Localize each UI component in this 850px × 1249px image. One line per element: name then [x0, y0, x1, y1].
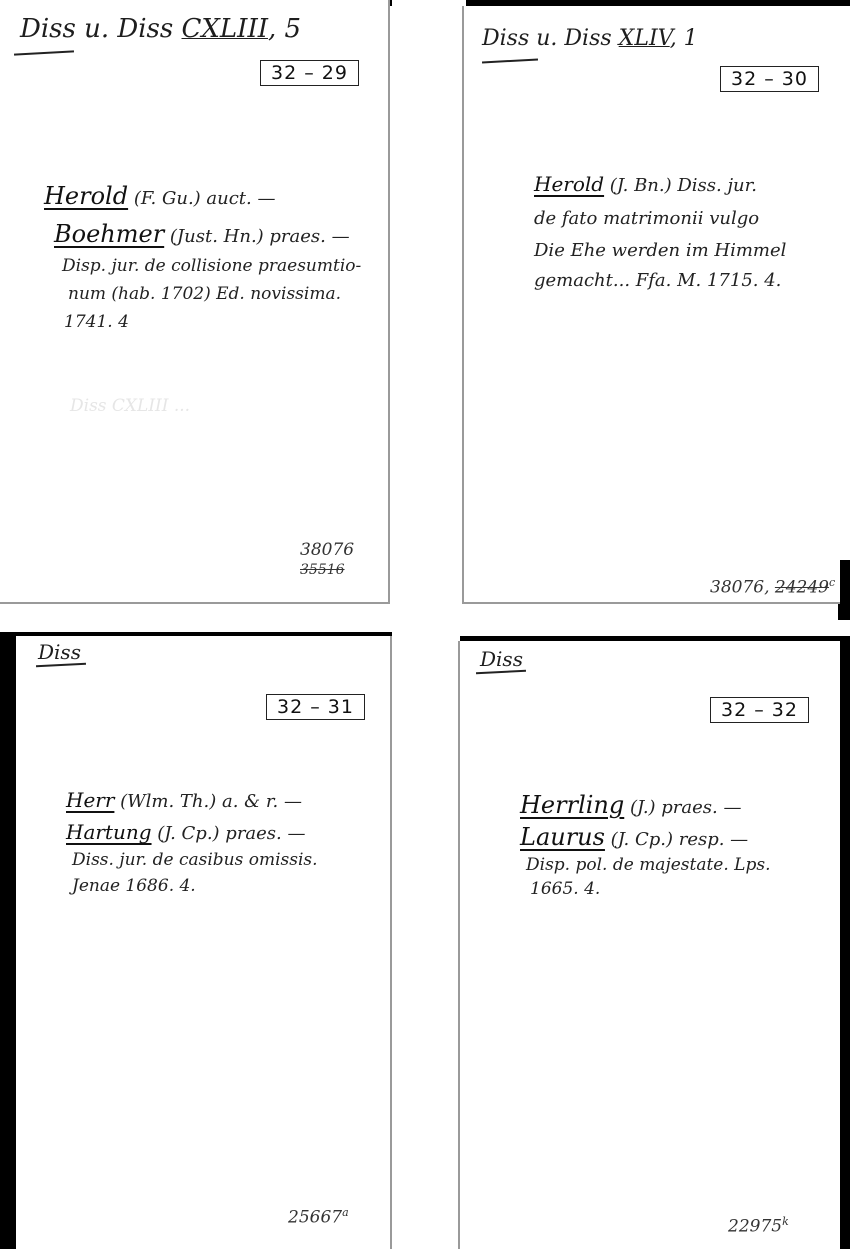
entry-line: Disp. jur. de collisione praesumtio-	[62, 256, 361, 276]
accession-number-old: 35516	[300, 562, 345, 578]
entry-text: (Just. Hn.) praes. —	[164, 226, 349, 247]
entry-line: Boehmer (Just. Hn.) praes. —	[54, 220, 350, 248]
shelfmark-box: 32 – 30	[720, 66, 819, 92]
author-name: Hartung	[66, 820, 152, 844]
catalog-card-2: Diss u. Diss XLIV, 1 32 – 30 Herold (J. …	[462, 6, 840, 604]
header-roman-numeral: CXLIII	[182, 14, 268, 44]
scan-border	[840, 640, 850, 1249]
author-name: Herold	[44, 182, 128, 210]
accession-suffix: a	[342, 1206, 349, 1219]
faint-pencil-note: Diss CXLIII ...	[70, 396, 190, 416]
card-header: Diss u. Diss CXLIII, 5	[20, 14, 301, 44]
entry-line: de fato matrimonii vulgo	[534, 208, 759, 229]
entry-line: Diss. jur. de casibus omissis.	[72, 850, 318, 870]
shelfmark-box: 32 – 31	[266, 694, 365, 720]
entry-line: 1741. 4	[64, 312, 129, 332]
entry-text: (F. Gu.) auct. —	[128, 188, 275, 209]
accession-line: 38076, 24249c	[710, 576, 835, 598]
header-prefix: Diss u. Diss	[20, 14, 173, 44]
entry-line: Herold (J. Bn.) Diss. jur.	[534, 172, 757, 196]
entry-text: gemacht... Ffa. M. 1715. 4.	[534, 270, 781, 291]
entry-line: 1665. 4.	[530, 879, 600, 899]
accession-number: 38076,	[710, 578, 769, 598]
card-header: Diss	[38, 640, 81, 664]
header-underline	[482, 59, 538, 64]
entry-text: 1741. 4	[64, 312, 129, 332]
header-suffix: , 1	[670, 26, 698, 51]
entry-line: gemacht... Ffa. M. 1715. 4.	[534, 270, 781, 291]
accession-suffix: k	[782, 1215, 789, 1228]
card-header: Diss	[480, 647, 523, 671]
catalog-card-4: Diss 32 – 32 Herrling (J.) praes. — Laur…	[458, 641, 840, 1249]
entry-line: Jenae 1686. 4.	[72, 876, 196, 896]
card-edge	[390, 636, 392, 1249]
entry-line: Herold (F. Gu.) auct. —	[44, 182, 276, 210]
entry-text: (J.) praes. —	[624, 797, 741, 818]
entry-text: Disp. jur. de collisione praesumtio-	[62, 256, 361, 276]
shelfmark-box: 32 – 29	[260, 60, 359, 86]
card-edge	[458, 641, 460, 1249]
scan-border	[0, 636, 16, 1249]
header-prefix: Diss u. Diss	[482, 26, 612, 51]
entry-text: de fato matrimonii vulgo	[534, 208, 759, 229]
accession-number: 38076	[300, 540, 354, 560]
entry-text: (J. Cp.) resp. —	[605, 829, 748, 850]
entry-line: Herrling (J.) praes. —	[520, 791, 741, 819]
catalog-card-3: Diss 32 – 31 Herr (Wlm. Th.) a. & r. — H…	[16, 636, 392, 1249]
entry-text: Die Ehe werden im Himmel	[534, 240, 786, 261]
card-header: Diss u. Diss XLIV, 1	[482, 26, 698, 51]
entry-line: num (hab. 1702) Ed. novissima.	[68, 284, 341, 304]
accession-suffix: c	[829, 576, 835, 589]
author-name: Herold	[534, 172, 604, 196]
author-name: Herr	[66, 788, 114, 812]
entry-text: Disp. pol. de majestate. Lps.	[526, 855, 770, 875]
card-edge	[388, 0, 390, 604]
shelfmark-box: 32 – 32	[710, 697, 809, 723]
header-roman-numeral: XLIV	[619, 26, 670, 51]
accession-number: 22975	[728, 1217, 782, 1237]
card-edge	[462, 6, 464, 604]
header-suffix: , 5	[268, 14, 301, 44]
entry-line: Hartung (J. Cp.) praes. —	[66, 820, 306, 844]
header-underline	[14, 50, 74, 55]
author-name: Laurus	[520, 823, 605, 851]
entry-text: num (hab. 1702) Ed. novissima.	[68, 284, 341, 304]
entry-line: Herr (Wlm. Th.) a. & r. —	[66, 788, 302, 812]
accession-line: 25667a	[288, 1206, 349, 1228]
accession-number: 25667	[288, 1208, 342, 1228]
card-edge	[0, 602, 390, 604]
entry-text: Diss. jur. de casibus omissis.	[72, 850, 318, 870]
entry-text: (Wlm. Th.) a. & r. —	[114, 791, 302, 812]
author-name: Boehmer	[54, 220, 164, 248]
catalog-card-1: Diss u. Diss CXLIII, 5 32 – 29 Herold (F…	[0, 0, 390, 604]
entry-line: Disp. pol. de majestate. Lps.	[526, 855, 770, 875]
entry-line: Laurus (J. Cp.) resp. —	[520, 823, 748, 851]
entry-line: Die Ehe werden im Himmel	[534, 240, 786, 261]
card-edge	[462, 602, 840, 604]
entry-text: (J. Cp.) praes. —	[152, 823, 306, 844]
accession-line: 22975k	[728, 1215, 789, 1237]
entry-text: 1665. 4.	[530, 879, 600, 899]
author-name: Herrling	[520, 791, 624, 819]
accession-number-old: 24249	[775, 578, 829, 598]
entry-text: Jenae 1686. 4.	[72, 876, 196, 896]
entry-text: (J. Bn.) Diss. jur.	[604, 175, 757, 196]
